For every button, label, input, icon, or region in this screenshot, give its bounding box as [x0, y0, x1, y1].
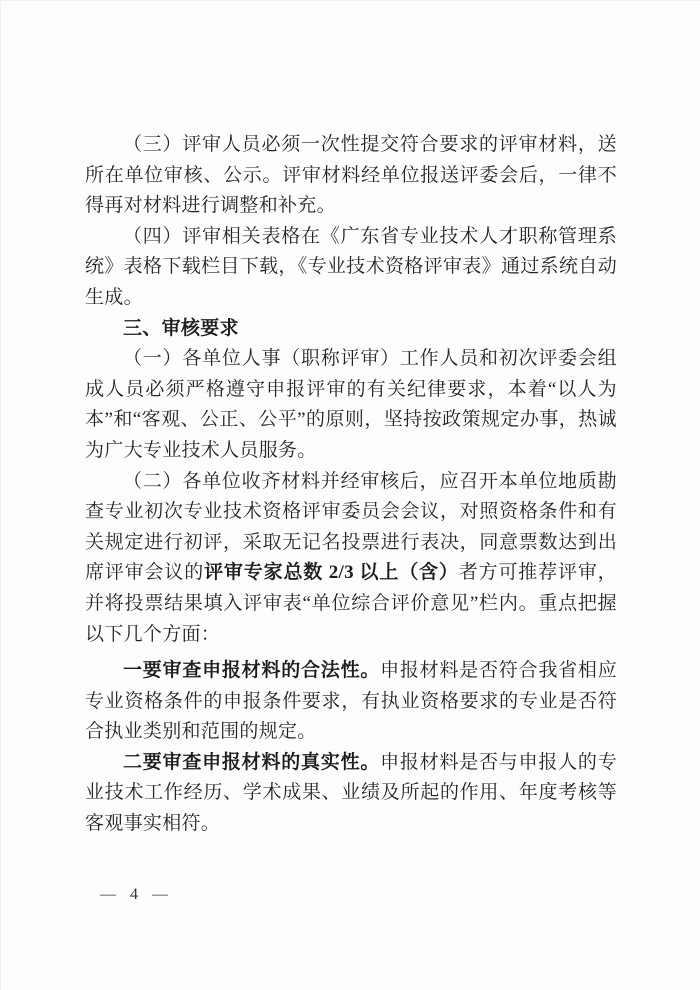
- paragraph-text: （三）评审人员必须一次性提交符合要求的评审材料，送所在单位审核、公示。评审材料经…: [85, 134, 617, 216]
- paragraph-item-2: （二）各单位收齐材料并经审核后，应召开本单位地质勘查专业初次专业技术资格评审委员…: [85, 467, 617, 651]
- document-page: （三）评审人员必须一次性提交符合要求的评审材料，送所在单位审核、公示。评审材料经…: [0, 0, 700, 990]
- paragraph-text: （四）评审相关表格在《广东省专业技术人才职称管理系统》表格下载栏目下载，《专业技…: [85, 226, 617, 308]
- document-body: （三）评审人员必须一次性提交符合要求的评审材料，送所在单位审核、公示。评审材料经…: [85, 130, 617, 840]
- paragraph-item-4: （四）评审相关表格在《广东省专业技术人才职称管理系统》表格下载栏目下载，《专业技…: [85, 222, 617, 314]
- bold-lead-legality: 一要审查申报材料的合法性。: [123, 660, 380, 681]
- paragraph-text: （一）各单位人事（职称评审）工作人员和初次评委会组成人员必须严格遵守申报评审的有…: [85, 348, 617, 461]
- section-heading-text: 三、审核要求: [123, 318, 239, 339]
- paragraph-point-2: 二要审查申报材料的真实性。申报材料是否与申报人的专业技术工作经历、学术成果、业绩…: [85, 748, 617, 840]
- paragraph-item-3: （三）评审人员必须一次性提交符合要求的评审材料，送所在单位审核、公示。评审材料经…: [85, 130, 617, 222]
- paragraph-item-1: （一）各单位人事（职称评审）工作人员和初次评委会组成人员必须严格遵守申报评审的有…: [85, 344, 617, 466]
- section-heading: 三、审核要求: [85, 314, 617, 345]
- bold-lead-authenticity: 二要审查申报材料的真实性。: [123, 752, 380, 773]
- bold-emphasis-two-thirds: 评审专家总数 2/3 以上（含）: [204, 562, 459, 583]
- page-number: — 4 —: [100, 886, 173, 904]
- paragraph-point-1: 一要审查申报材料的合法性。申报材料是否符合我省相应专业资格条件的申报条件要求，有…: [85, 656, 617, 748]
